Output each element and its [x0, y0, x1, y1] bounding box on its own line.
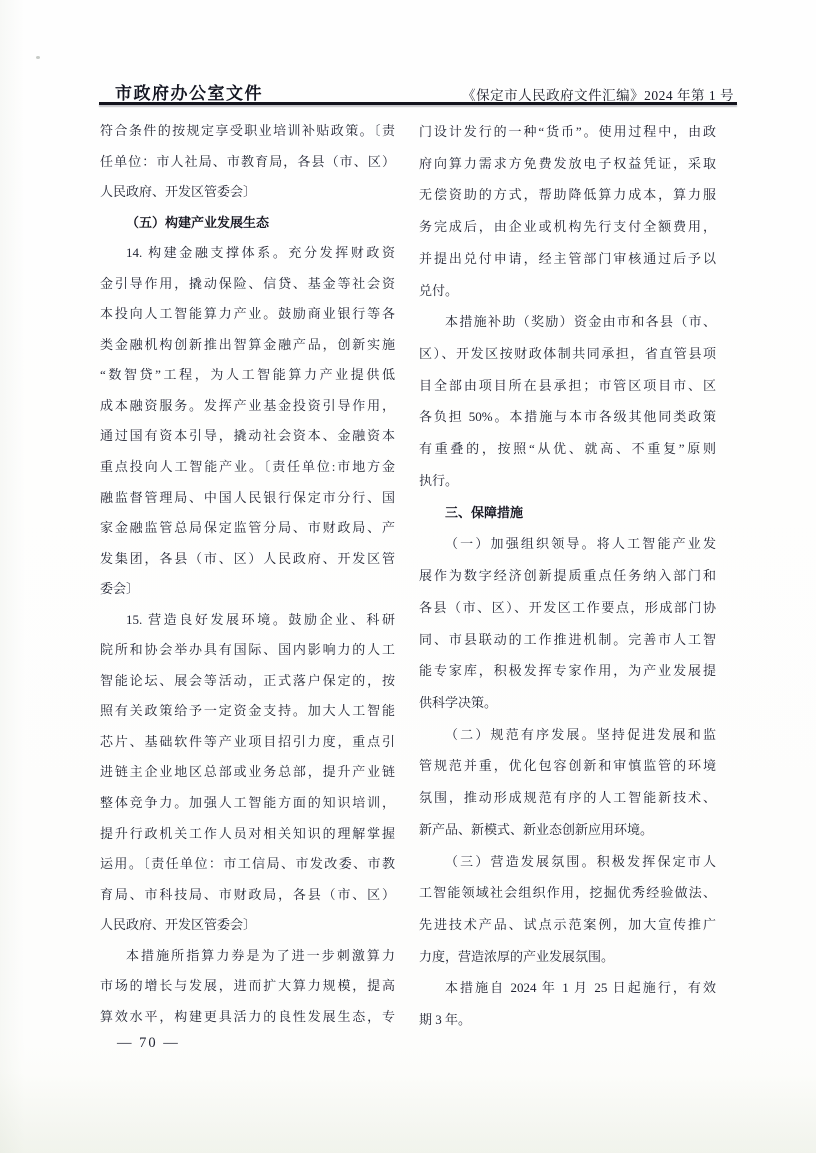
text-line: 各县（市、区）、开发区工作要点，形成部门协 — [419, 592, 716, 624]
text-line: 任单位：市人社局、市教育局，各县（市、区） — [100, 147, 395, 178]
text-line: 门设计发行的一种“货币”。使用过程中，由政 — [419, 116, 716, 148]
text-line: 家金融监管总局保定监管分局、市财政局、产 — [100, 513, 395, 544]
text-line: 人民政府、开发区管委会〕 — [100, 177, 395, 208]
text-line: 进链主企业地区总部或业务总部，提升产业链 — [100, 757, 395, 788]
text-line: 15. 营造良好发展环境。鼓励企业、科研 — [100, 605, 395, 636]
text-line: （一）加强组织领导。将人工智能产业发 — [419, 528, 716, 560]
header-right-title: 《保定市人民政府文件汇编》2024 年第 1 号 — [462, 84, 734, 104]
text-line: 并提出兑付申请，经主管部门审核通过后予以 — [419, 243, 716, 275]
text-line: 管规范并重，优化包容创新和审慎监管的环境 — [419, 750, 716, 782]
left-text-column: 符合条件的按规定享受职业培训补贴政策。〔责任单位：市人社局、市教育局，各县（市、… — [100, 116, 395, 1032]
text-line: 力度，营造浓厚的产业发展氛围。 — [419, 941, 716, 973]
text-line: 府向算力需求方免费发放电子权益凭证，采取 — [419, 148, 716, 180]
text-line: 运用。〔责任单位：市工信局、市发改委、市教 — [100, 849, 395, 880]
text-line: 执行。 — [419, 465, 716, 497]
text-line: 智能论坛、展会等活动，正式落户保定的，按 — [100, 666, 395, 697]
text-line: 本措施补助（奖励）资金由市和各县（市、 — [419, 306, 716, 338]
text-line: 同、市县联动的工作推进机制。完善市人工智 — [419, 624, 716, 656]
text-line: 无偿资助的方式，帮助降低算力成本，算力服 — [419, 179, 716, 211]
header-rule — [99, 102, 737, 105]
text-line: 氛围，推动形成规范有序的人工智能新技术、 — [419, 782, 716, 814]
text-line: 本措施自 2024 年 1 月 25 日起施行，有效 — [419, 972, 716, 1004]
text-line: 市场的增长与发展，进而扩大算力规模，提高 — [100, 971, 395, 1002]
text-line: 通过国有资本引导，撬动社会资本、金融资本 — [100, 421, 395, 452]
text-line: （三）营造发展氛围。积极发挥保定市人 — [419, 846, 716, 878]
text-line: （五）构建产业发展生态 — [100, 208, 395, 239]
text-line: 先进技术产品、试点示范案例，加大宣传推广 — [419, 909, 716, 941]
text-line: 14. 构建金融支撑体系。充分发挥财政资 — [100, 238, 395, 269]
text-line: 人民政府、开发区管委会〕 — [100, 910, 395, 941]
text-line: 照有关政策给予一定资金支持。加大人工智能 — [100, 696, 395, 727]
text-line: 院所和协会举办具有国际、国内影响力的人工 — [100, 635, 395, 666]
text-line: 提升行政机关工作人员对相关知识的理解掌握 — [100, 819, 395, 850]
scan-speck — [36, 56, 40, 59]
text-line: 能专家库，积极发挥专家作用，为产业发展提 — [419, 655, 716, 687]
page-number: — 70 — — [117, 1035, 180, 1052]
text-line: 展作为数字经济创新提质重点任务纳入部门和 — [419, 560, 716, 592]
text-line: 类金融机构创新推出智算金融产品，创新实施 — [100, 330, 395, 361]
text-line: “数智贷”工程，为人工智能算力产业提供低 — [100, 360, 395, 391]
text-line: 委会〕 — [100, 574, 395, 605]
text-line: 成本融资服务。发挥产业基金投资引导作用， — [100, 391, 395, 422]
text-line: 融监督管理局、中国人民银行保定市分行、国 — [100, 483, 395, 514]
text-line: 目全部由项目所在县承担；市管区项目市、区 — [419, 370, 716, 402]
text-line: 本投向人工智能算力产业。鼓励商业银行等各 — [100, 299, 395, 330]
text-line: 期 3 年。 — [419, 1004, 716, 1036]
right-text-column: 门设计发行的一种“货币”。使用过程中，由政府向算力需求方免费发放电子权益凭证，采… — [419, 116, 716, 1036]
text-line: （二）规范有序发展。坚持促进发展和监 — [419, 719, 716, 751]
text-line: 新产品、新模式、新业态创新应用环境。 — [419, 814, 716, 846]
header-left-title: 市政府办公室文件 — [115, 79, 263, 104]
text-line: 芯片、基础软件等产业项目招引力度，重点引 — [100, 727, 395, 758]
document-page: 市政府办公室文件 《保定市人民政府文件汇编》2024 年第 1 号 符合条件的按… — [0, 0, 816, 1153]
text-line: 算效水平，构建更具活力的良性发展生态，专 — [100, 1002, 395, 1033]
text-line: 有重叠的，按照“从优、就高、不重复”原则 — [419, 433, 716, 465]
text-line: 重点投向人工智能产业。〔责任单位:市地方金 — [100, 452, 395, 483]
text-line: 三、保障措施 — [419, 497, 716, 529]
text-line: 各负担 50%。本措施与本市各级其他同类政策 — [419, 401, 716, 433]
text-line: 区）、开发区按财政体制共同承担，省直管县项 — [419, 338, 716, 370]
text-line: 发集团，各县（市、区）人民政府、开发区管 — [100, 544, 395, 575]
text-line: 符合条件的按规定享受职业培训补贴政策。〔责 — [100, 116, 395, 147]
text-line: 务完成后，由企业或机构先行支付全额费用， — [419, 211, 716, 243]
text-line: 供科学决策。 — [419, 687, 716, 719]
text-line: 本措施所指算力券是为了进一步刺激算力 — [100, 941, 395, 972]
text-line: 金引导作用，撬动保险、信贷、基金等社会资 — [100, 269, 395, 300]
text-line: 工智能领域社会组织作用，挖掘优秀经验做法、 — [419, 877, 716, 909]
text-line: 兑付。 — [419, 275, 716, 307]
text-line: 育局、市科技局、市财政局，各县（市、区） — [100, 880, 395, 911]
text-line: 整体竞争力。加强人工智能方面的知识培训， — [100, 788, 395, 819]
